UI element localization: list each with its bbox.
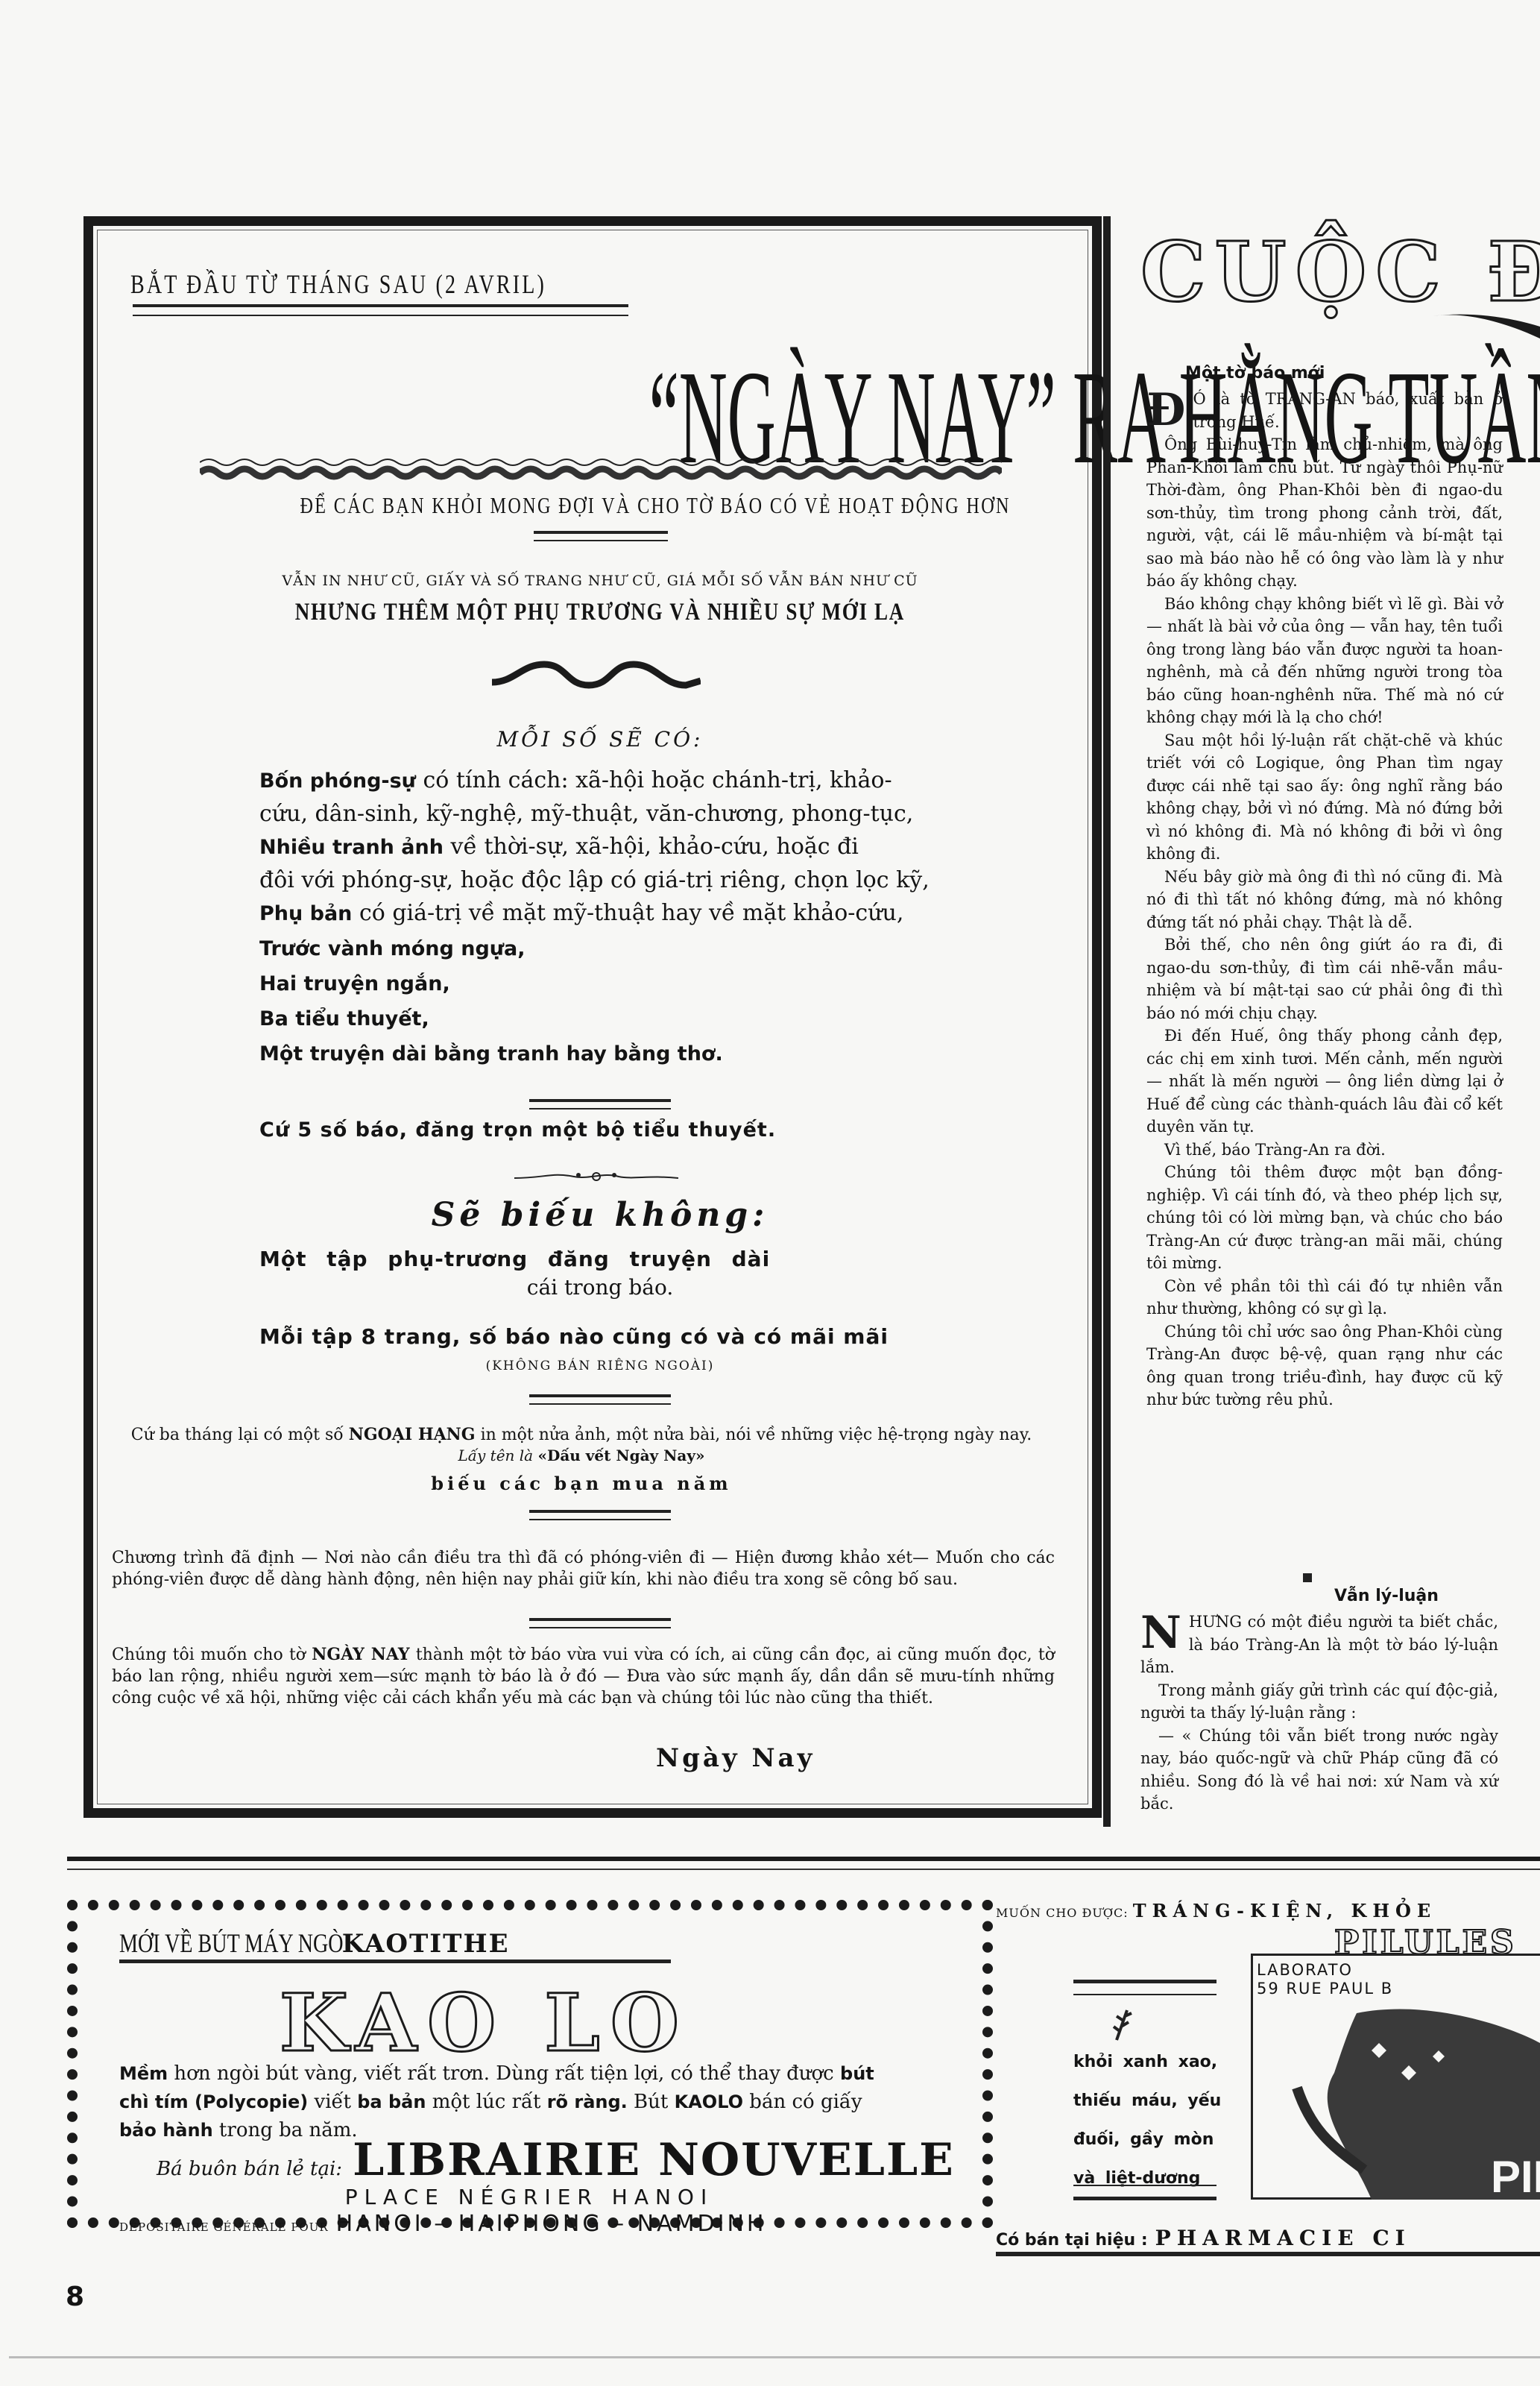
special-title: «Dấu vết Ngày Nay» (537, 1447, 704, 1464)
feature-line: Trước vành móng ngựa, (259, 932, 930, 966)
column-paragraph: HƯNG có một điều người ta biết chắc, là … (1140, 1611, 1498, 1679)
column-paragraph: — « Chúng tôi vẫn biết trong nước ngày n… (1140, 1725, 1498, 1816)
kaolo-text-segment: KAOLO (675, 2091, 743, 2112)
closing-statement: Chúng tôi muốn cho tờ NGÀY NAY thành một… (112, 1644, 1055, 1709)
floral-flourish-ornament (514, 1169, 678, 1186)
feature-line: Ba tiểu thuyết, (259, 1002, 930, 1036)
column-paragraph: Vì thế, báo Tràng-An ra đời. (1146, 1139, 1503, 1162)
divider-rule (529, 1618, 671, 1628)
feature-line: Phụ bản có giá-trị về mặt mỹ-thuật hay v… (259, 897, 930, 931)
special-pre: Cứ ba tháng lại có một số (131, 1426, 349, 1444)
kaolo-depot: DÉPOSITAIRE GÉNÉRALE POURHANOI – HAIPHON… (119, 2211, 766, 2237)
feature-list: Bốn phóng-sự có tính cách: xã-hội hoặc c… (259, 764, 930, 1071)
kaolo-intro-brand: KAOTITHE (342, 1929, 510, 1959)
swash-ornament (1431, 312, 1540, 341)
column-title: CUỘC ĐI (1140, 224, 1540, 320)
kaolo-intro: MỚI VỀ BÚT MÁY NGÒI KAOTITHE (119, 1927, 510, 1959)
special-bold: NGOẠI HẠNG (349, 1425, 476, 1444)
section-separator-square (1303, 1573, 1312, 1582)
laboratory-address: LABORATO 59 RUE PAUL B (1257, 1961, 1393, 1998)
kaolo-text-segment: rõ ràng. (547, 2091, 628, 2112)
signature: Ngày Nay (656, 1743, 815, 1773)
column-paragraph: Đi đến Huế, ông thấy phong cảnh đẹp, các… (1146, 1024, 1503, 1139)
kaolo-intro-text: MỚI VỀ BÚT MÁY NGÒI (119, 1927, 350, 1959)
page-number: 8 (66, 2282, 84, 2312)
column-paragraph: Trong mảnh giấy gửi trình các quí độc-gi… (1140, 1679, 1498, 1725)
kicker-rule (133, 304, 628, 316)
each-issue-label: MỖI SỐ SẼ CÓ: (246, 727, 954, 752)
special-issue-note: Cứ ba tháng lại có một số NGOẠI HẠNG in … (112, 1424, 1051, 1446)
closing-bold: NGÀY NAY (312, 1645, 409, 1664)
seller-prefix: Bá buôn bán lẻ tại: (157, 2158, 342, 2180)
kaolo-brand: KAO LO (224, 1976, 745, 2069)
depot-label: DÉPOSITAIRE GÉNÉRALE POUR (119, 2220, 329, 2234)
serial-note: Cứ 5 số báo, đăng trọn một bộ tiểu thuyế… (259, 1118, 930, 1142)
column-article-2: N HƯNG có một điều người ta biết chắc, l… (1140, 1611, 1498, 1816)
kaolo-text-segment: viết (308, 2091, 357, 2113)
divider-rule (534, 531, 668, 541)
section-heading: Vẫn lý-luận (1334, 1587, 1439, 1605)
column-paragraph: Ó là tờ TRÀNG-AN báo, xuất bản ở trong H… (1146, 388, 1503, 433)
column-paragraph: Bởi thế, cho nên ông giứt áo ra đi, đi n… (1146, 934, 1503, 1024)
kaolo-text-segment: Bút (628, 2091, 675, 2113)
kaolo-text-segment: hơn ngòi bút vàng, viết rất trơn. Dùng r… (168, 2062, 840, 2085)
pilules-headline: MUỐN CHO ĐƯỢC: TRÁNG-KIỆN, KHỎE (996, 1900, 1436, 1921)
note-new-text: NHƯNG THÊM MỘT PHỤ TRƯƠNG VÀ NHIỀU SỰ MỚ… (295, 599, 905, 626)
special-title-prefix: Lấy tên là (458, 1447, 533, 1464)
dropcap: Đ (1146, 391, 1185, 429)
announcement-subhead: ĐỂ CÁC BẠN KHỎI MONG ĐỢI VÀ CHO TỜ BÁO C… (200, 492, 1002, 519)
feature-line: Nhiều tranh ảnh về thời-sự, xã-hội, khảo… (259, 831, 930, 864)
column-paragraph: Chúng tôi thêm được một bạn đồng-nghiệp.… (1146, 1161, 1503, 1275)
special-issue-offer: biếu các bạn mua năm (112, 1473, 1051, 1494)
gift-line-1: Một tập phụ-trương đăng truyện dài (259, 1247, 930, 1271)
closing-pre: Chúng tôi muốn cho tờ (112, 1646, 312, 1664)
wave-ornament (492, 660, 701, 690)
wave-rule-ornament (200, 456, 1002, 482)
gift-note: (KHÔNG BÁN RIÊNG NGOÀI) (246, 1359, 954, 1373)
gift-line-2: cái trong báo. (246, 1275, 954, 1300)
seller-name: LIBRAIRIE NOUVELLE (353, 2134, 955, 2186)
divider-rule (529, 1099, 671, 1109)
kaolo-text-segment: bán có giấy (743, 2091, 862, 2113)
divider-rule (529, 1510, 671, 1520)
pharmacy-name: PHARMACIE CI (1155, 2226, 1411, 2250)
lab-line-2: 59 RUE PAUL B (1257, 1980, 1393, 1998)
column-rule (1103, 216, 1111, 1827)
sprig-icon (1111, 2007, 1133, 2042)
feature-line: Bốn phóng-sự có tính cách: xã-hội hoặc c… (259, 764, 930, 798)
deer-illustration: PIL (1267, 1998, 1540, 2200)
subhead-text: ĐỂ CÁC BẠN KHỎI MONG ĐỢI VÀ CHO TỜ BÁO C… (300, 492, 1010, 519)
kaolo-text-segment: ba bản (357, 2091, 426, 2112)
feature-line: Hai truyện ngắn, (259, 967, 930, 1001)
feature-line: cứu, dân-sinh, kỹ-nghệ, mỹ-thuật, văn-ch… (259, 798, 930, 831)
kicker-text: BẮT ĐẦU TỪ THÁNG SAU (2 AVRIL) (130, 268, 546, 300)
badge-text: PIL (1491, 2152, 1540, 2200)
gift-line-3: Mỗi tập 8 trang, số báo nào cũng có và c… (259, 1324, 930, 1349)
gift-heading: Sẽ biếu không: (246, 1196, 954, 1234)
pilules-base-rule (996, 2252, 1540, 2256)
announcement-kicker: BẮT ĐẦU TỪ THÁNG SAU (2 AVRIL) (130, 268, 663, 300)
page-edge (9, 2356, 1540, 2358)
note-new-additions: NHƯNG THÊM MỘT PHỤ TRƯƠNG VÀ NHIỀU SỰ MỚ… (149, 596, 1051, 626)
feature-line: Một truyện dài bằng tranh hay bằng thơ. (259, 1037, 930, 1071)
program-note: Chương trình đã định — Nơi nào cần điều … (112, 1547, 1055, 1590)
kaolo-description: Mềm hơn ngòi bút vàng, viết rất trơn. Dù… (119, 2059, 887, 2144)
kaolo-text-segment: Mềm (119, 2063, 168, 2084)
column-article-1: Đ Ó là tờ TRÀNG-AN báo, xuất bản ở trong… (1146, 388, 1503, 1411)
sold-at-label: Có bán tại hiệu : (996, 2231, 1148, 2250)
kaolo-text-segment: một lúc rất (426, 2091, 546, 2113)
pilules-slogan: TRÁNG-KIỆN, KHỎE (1133, 1900, 1437, 1921)
note-unchanged: VẪN IN NHƯ CŨ, GIẤY VÀ SỐ TRANG NHƯ CŨ, … (149, 573, 1051, 589)
pilules-benefits: khỏi xanh xao, thiếu máu, yếu đuối, gầy … (1073, 2043, 1222, 2198)
dropcap: N (1140, 1614, 1181, 1652)
column-paragraph: Ông Bùi-huy-Tín làm chủ-nhiệm, mà ông Ph… (1146, 433, 1503, 593)
section-heading: Một tờ báo mới (1185, 364, 1325, 383)
pilules-sold-at: Có bán tại hiệu :PHARMACIE CI (996, 2226, 1411, 2250)
pilules-rule (1073, 1980, 1216, 1995)
column-paragraph: Chúng tôi chỉ ước sao ông Phan-Khôi cùng… (1146, 1321, 1503, 1411)
special-post: in một nửa ảnh, một nửa bài, nói về nhữn… (476, 1426, 1032, 1444)
kaolo-seller: Bá buôn bán lẻ tại:LIBRAIRIE NOUVELLE (157, 2134, 955, 2186)
lab-line-1: LABORATO (1257, 1961, 1393, 1980)
section-divider (67, 1857, 1540, 1870)
pilules-pre: MUỐN CHO ĐƯỢC: (996, 1906, 1129, 1920)
kaolo-rule (119, 1960, 671, 1963)
column-paragraph: Còn về phần tôi thì cái đó tự nhiên vẫn … (1146, 1275, 1503, 1321)
column-paragraph: Báo không chạy không biết vì lẽ gì. Bài … (1146, 593, 1503, 729)
pilules-rule (1073, 2185, 1216, 2200)
column-paragraph: Sau một hồi lý-luận rất chặt-chẽ và khúc… (1146, 729, 1503, 866)
depot-cities: HANOI – HAIPHONG – NAMDINH (336, 2211, 767, 2237)
feature-line: đôi với phóng-sự, hoặc độc lập có giá-tr… (259, 864, 930, 897)
column-paragraph: Nếu bây giờ mà ông đi thì nó cũng đi. Mà… (1146, 866, 1503, 934)
divider-rule (529, 1394, 671, 1405)
special-issue-title: Lấy tên là «Dấu vết Ngày Nay» (112, 1447, 1051, 1464)
kaolo-place: PLACE NÉGRIER HANOI (224, 2185, 835, 2209)
